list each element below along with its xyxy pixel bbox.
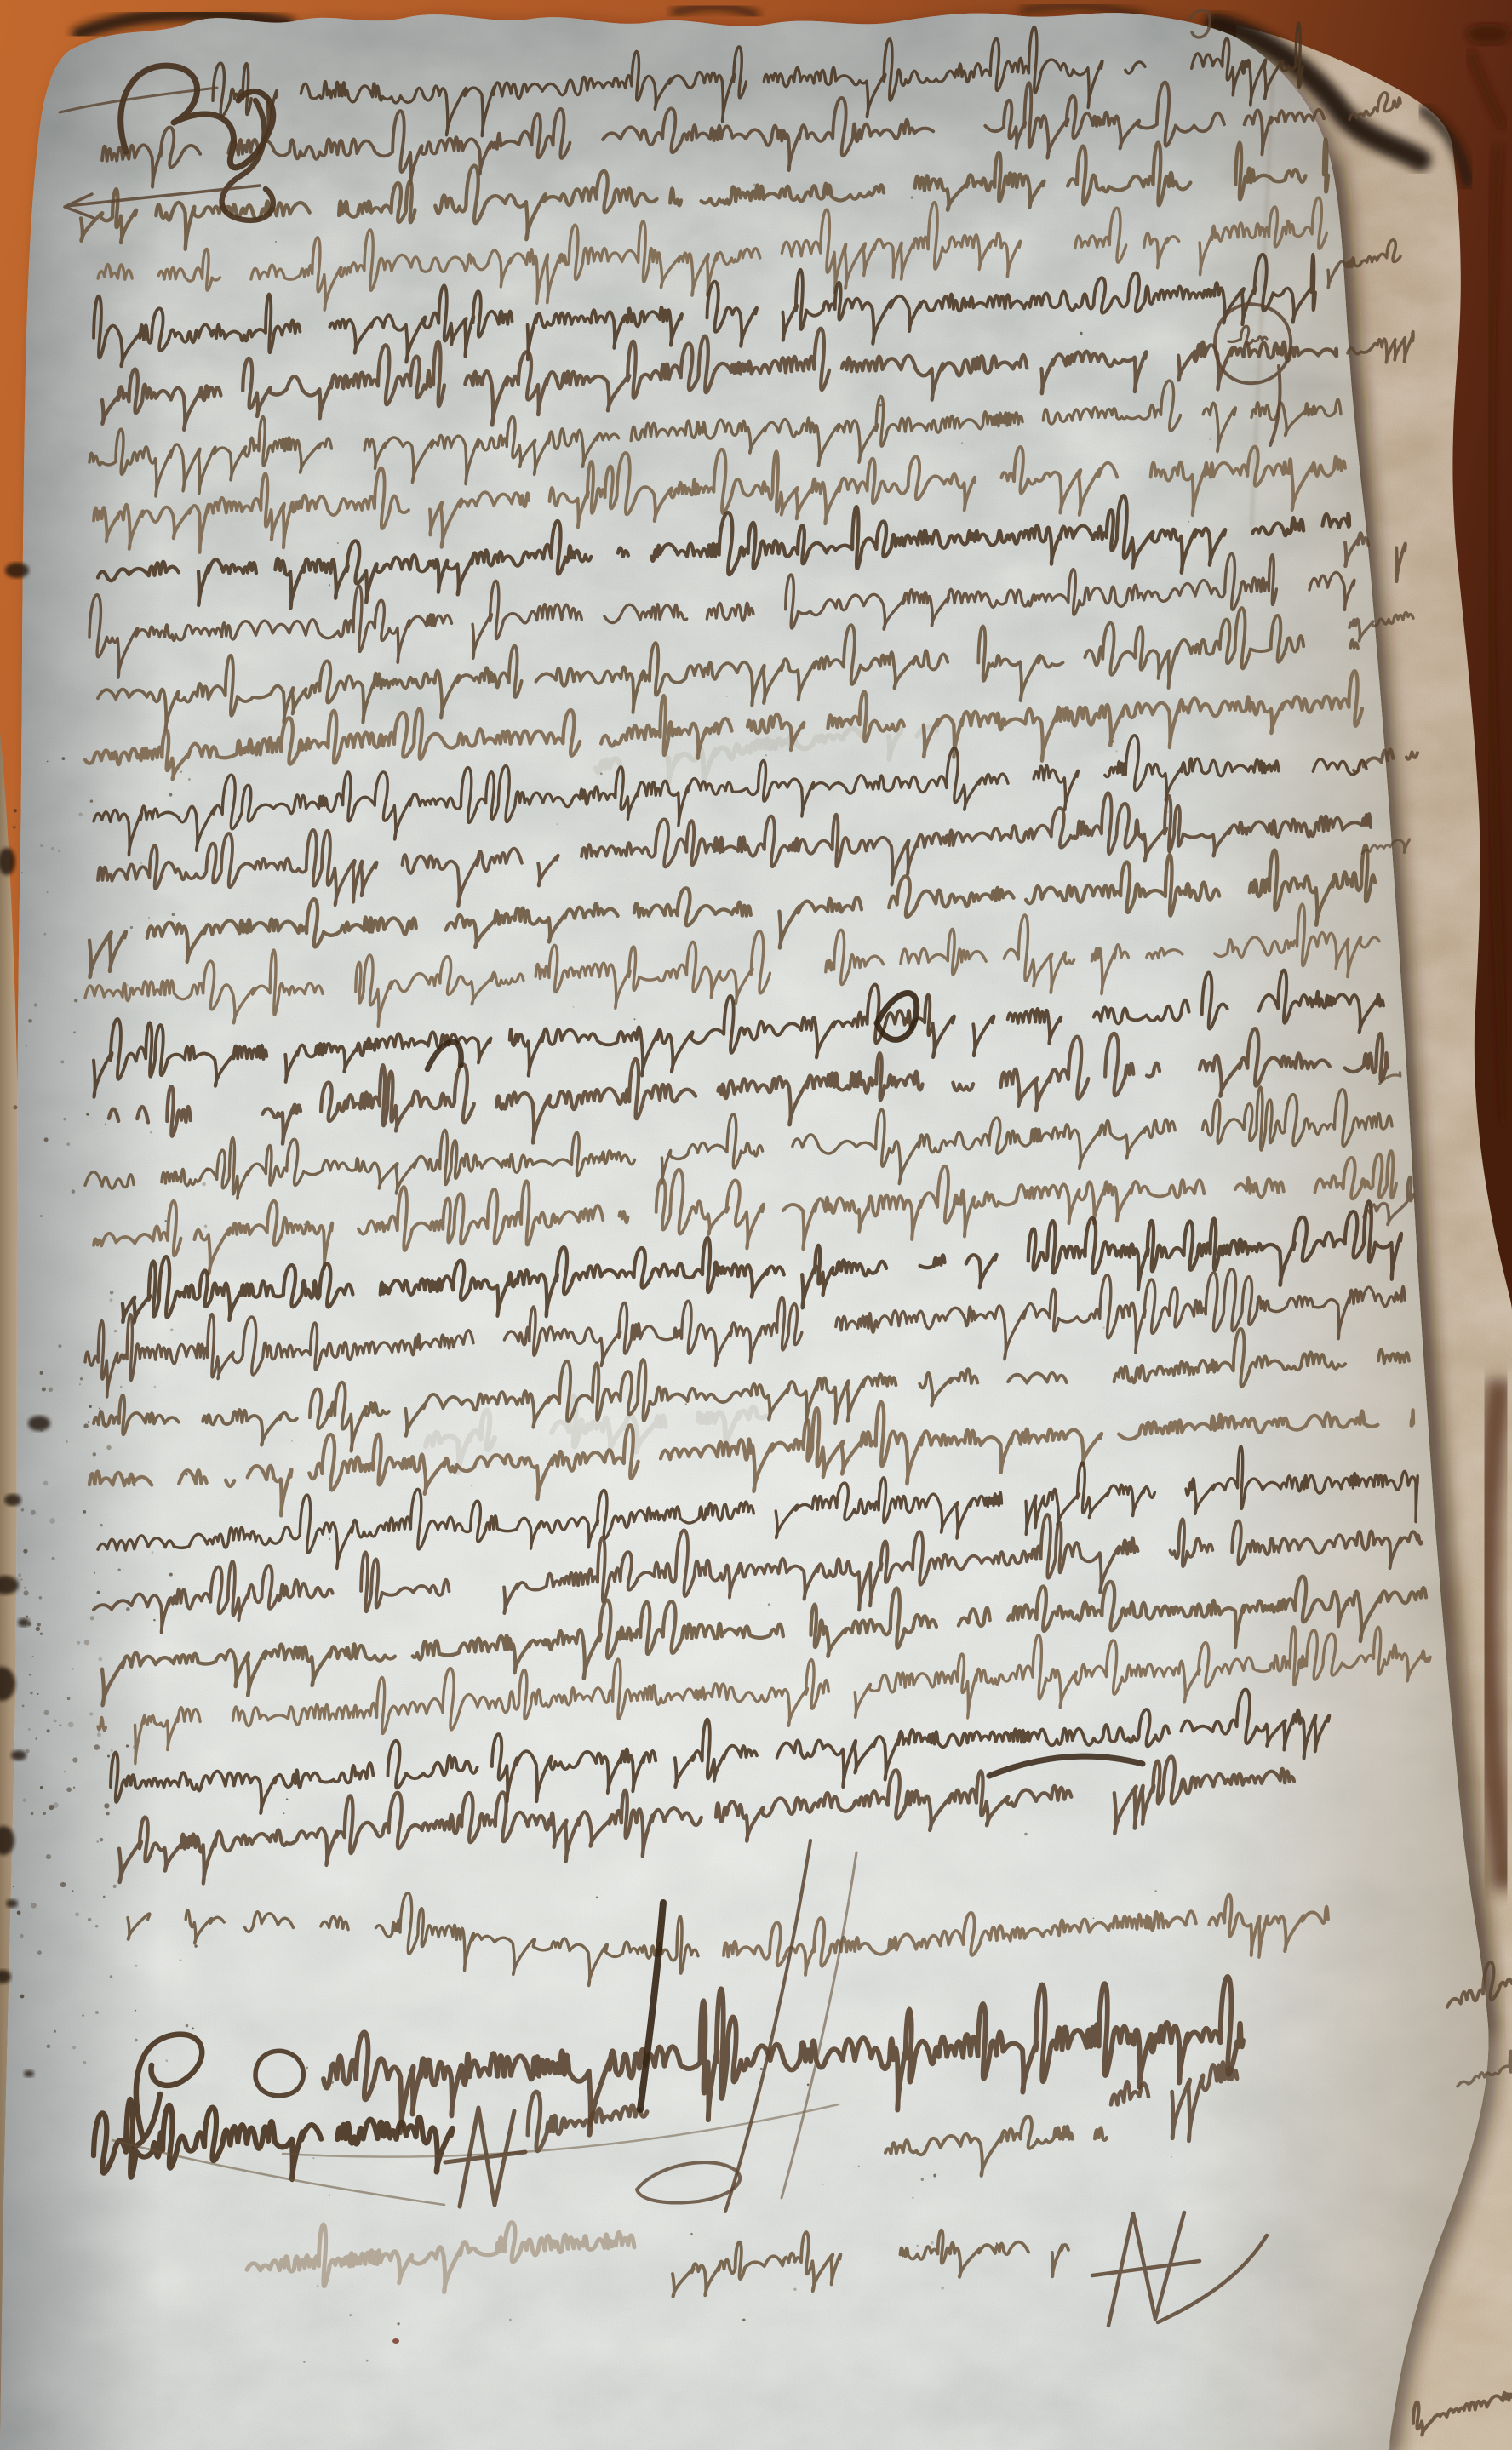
manuscript-photo: Photograph of a 16th-century handwritten…	[0, 0, 1512, 2450]
manuscript-scene	[0, 0, 1512, 2450]
